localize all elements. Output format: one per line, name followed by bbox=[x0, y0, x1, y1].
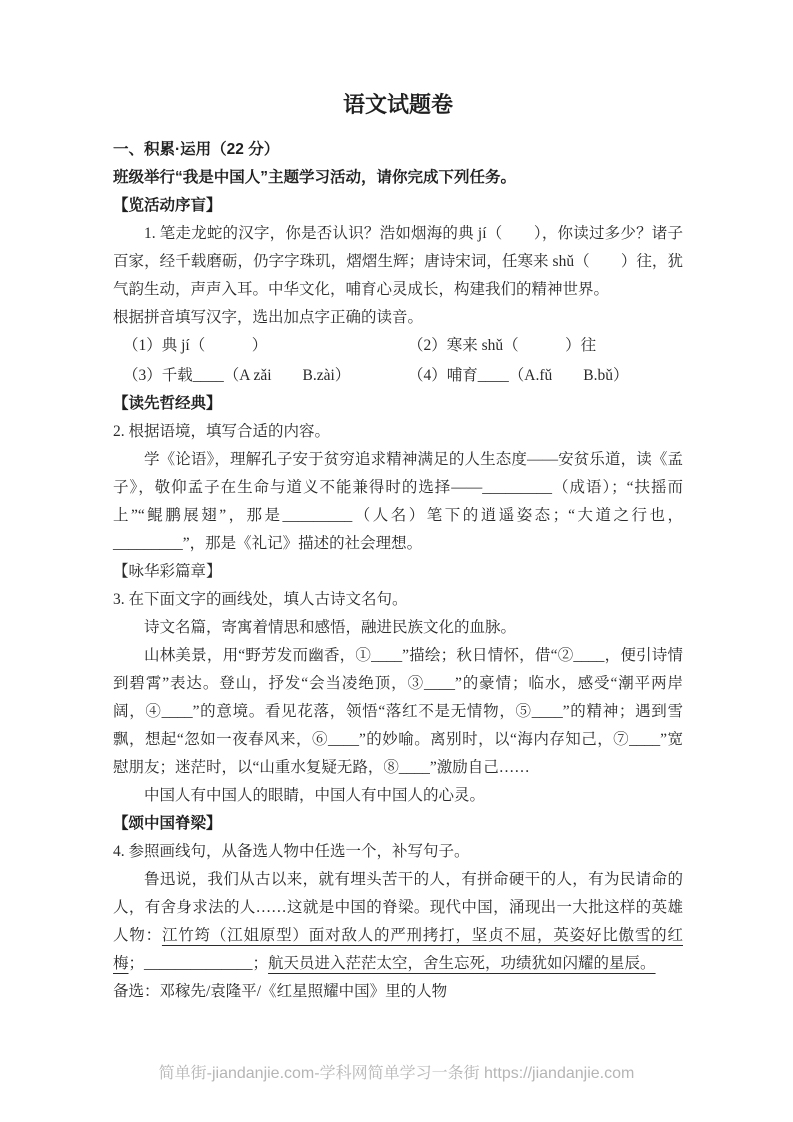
q4-answer-blank: ______________ bbox=[144, 955, 253, 972]
q2-paragraph: 学《论语》，理解孔子安于贫穷追求精神满足的人生态度——安贫乐道，读《孟子》，敬仰… bbox=[113, 446, 683, 558]
q1-item-3: （3）千载____（A zǎi B.zài） bbox=[123, 362, 408, 390]
activity4-header: 【颂中国脊梁】 bbox=[113, 810, 683, 838]
section1-heading: 一、积累·运用（22 分） bbox=[113, 136, 683, 164]
page-title: 语文试题卷 bbox=[113, 88, 683, 122]
activity3-header: 【咏华彩篇章】 bbox=[113, 558, 683, 586]
q3-lead: 诗文名篇，寄寓着情思和感悟，融进民族文化的血脉。 bbox=[113, 614, 683, 642]
q1-item-1: （1）典 jí（ ） bbox=[123, 332, 408, 360]
q4-separator-1: ； bbox=[129, 955, 145, 972]
section1-intro: 班级举行“我是中国人”主题学习活动，请你完成下列任务。 bbox=[113, 164, 683, 192]
q3-paragraph: 山林美景，用“野芳发而幽香，①____”描绘；秋日情怀，借“②____，便引诗情… bbox=[113, 642, 683, 782]
watermark-footer: 简单街-jiandanjie.com-学科网简单学习一条街 https://ji… bbox=[0, 1062, 793, 1086]
q4-separator-2: ； bbox=[253, 955, 269, 972]
q2-label: 2. 根据语境，填写合适的内容。 bbox=[113, 418, 683, 446]
q4-paragraph: 鲁迅说，我们从古以来，就有埋头苦干的人，有拼命硬干的人，有为民请命的人，有舍身求… bbox=[113, 866, 683, 978]
exam-paper-page: 语文试题卷 一、积累·运用（22 分） 班级举行“我是中国人”主题学习活动，请你… bbox=[0, 0, 793, 1122]
q4-underlined-example-2: 航天员进入茫茫太空，舍生忘死，功绩犹如闪耀的星辰。 bbox=[268, 955, 656, 972]
activity1-header: 【览活动序盲】 bbox=[113, 192, 683, 220]
q1-options: （1）典 jí（ ） （2）寒来 shǔ（ ）往 （3）千载____（A zǎi… bbox=[113, 332, 683, 390]
q1-paragraph: 1. 笔走龙蛇的汉字，你是否认识？浩如烟海的典 jí（ ），你读过多少？诸子百家… bbox=[113, 220, 683, 304]
q3-closing: 中国人有中国人的眼睛，中国人有中国人的心灵。 bbox=[113, 782, 683, 810]
q1-item-2: （2）寒来 shǔ（ ）往 bbox=[408, 332, 683, 360]
q4-label: 4. 参照画线句，从备选人物中任选一个，补写句子。 bbox=[113, 838, 683, 866]
activity2-header: 【读先哲经典】 bbox=[113, 390, 683, 418]
q1-item-4: （4）哺育____（A.fǔ B.bǔ） bbox=[408, 362, 683, 390]
q4-note: 备选：邓稼先/袁隆平/《红星照耀中国》里的人物 bbox=[113, 978, 683, 1006]
q3-label: 3. 在下面文字的画线处，填人古诗文名句。 bbox=[113, 586, 683, 614]
q1-instruction: 根据拼音填写汉字，选出加点字正确的读音。 bbox=[113, 304, 683, 332]
